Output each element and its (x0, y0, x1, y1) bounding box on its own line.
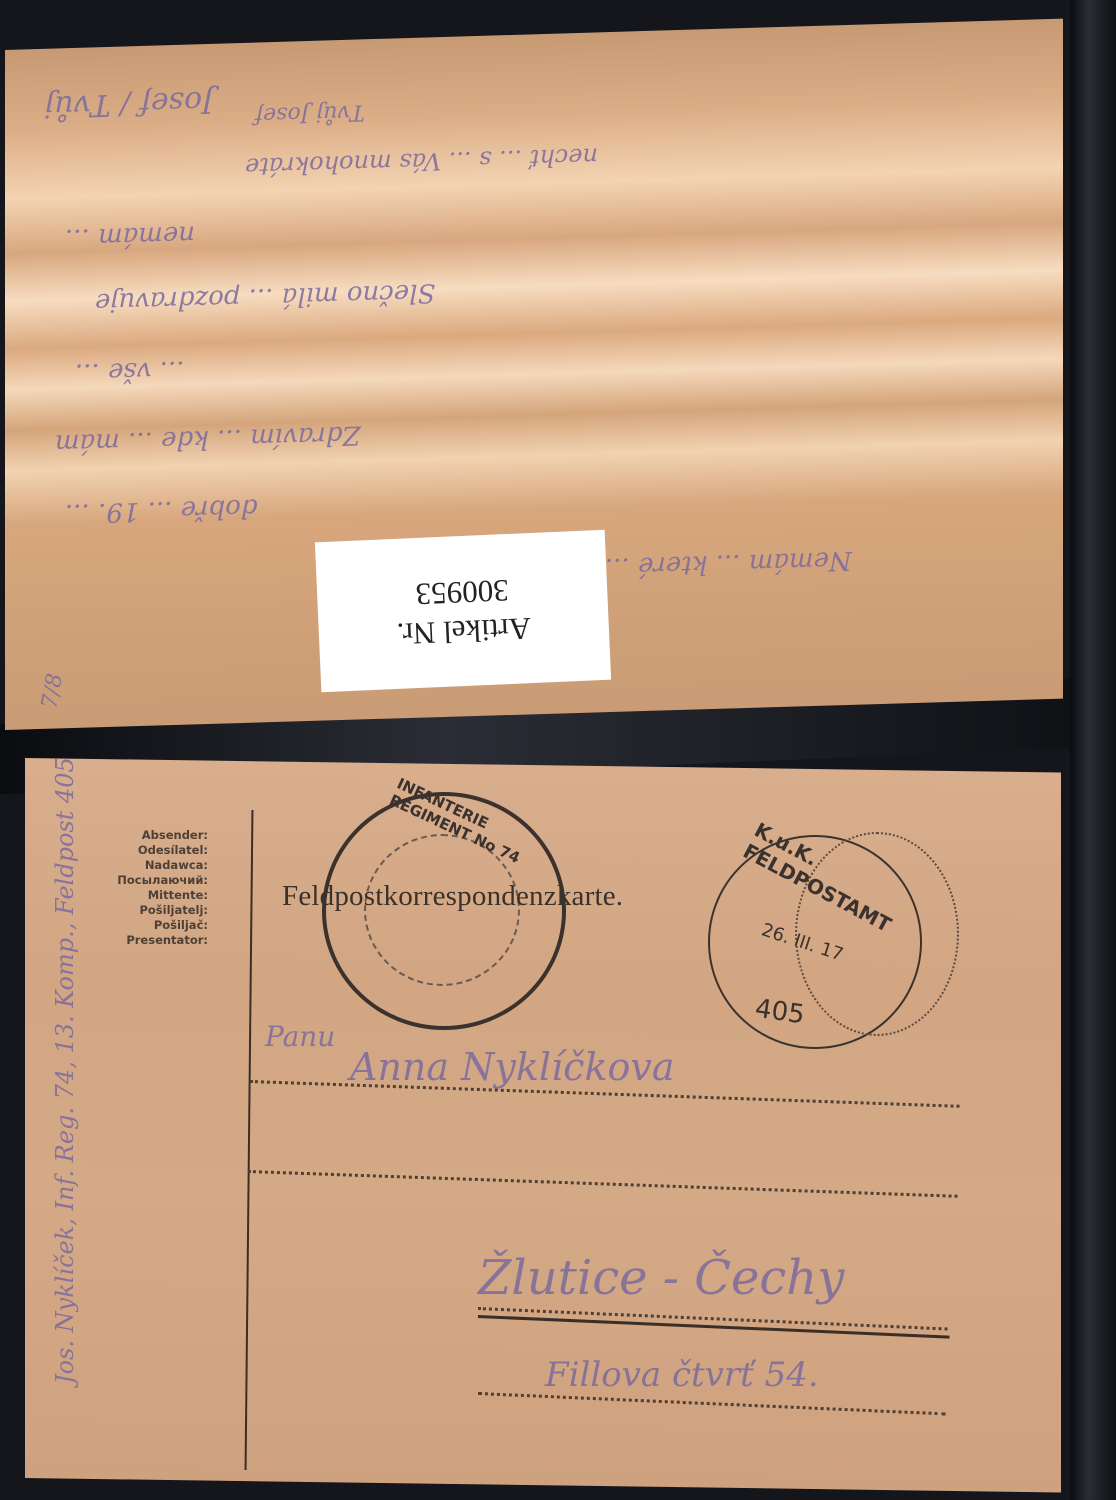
article-label-title: Artikel Nr. (396, 608, 532, 653)
sender-label: Odesílatel: (112, 843, 208, 858)
sender-labels: Absender: Odesílatel: Nadawca: Посылаючи… (112, 828, 208, 948)
handwritten-signature: Josef / Tvůj (45, 84, 214, 124)
address-salutation: Panu (265, 1020, 335, 1053)
handwritten-line: Tvůj Josef (255, 99, 365, 127)
corner-mark: 7/8 (37, 672, 68, 711)
sender-label: Presentator: (112, 933, 208, 948)
card-title: Feldpostkorrespondenzkarte. (282, 880, 623, 913)
handwritten-line: Slečno milá ... pozdravuje (95, 277, 435, 317)
sender-label: Nadawca: (112, 858, 208, 873)
handwritten-line: Nemám ... které ... (605, 545, 852, 582)
postmark: K.u.K. FELDPOSTAMT 26. III. 17 405 (708, 835, 922, 1049)
address-city: Žlutice - Čechy (478, 1250, 844, 1306)
sender-label: Pošiljatelj: (112, 903, 208, 918)
address-name: Anna Nyklíčkova (350, 1045, 674, 1089)
sender-label: Посылаючий: (112, 873, 208, 888)
handwritten-line: ... vše ... (75, 355, 185, 388)
sender-handwritten: Jos. Nyklíček, Inf. Reg. 74, 13. Komp., … (51, 824, 79, 1384)
sender-label: Pošiljač: (112, 918, 208, 933)
article-number: 300953 (415, 570, 510, 613)
sleeve-right-edge (1070, 0, 1116, 1500)
postmark-number: 405 (753, 994, 806, 1031)
sender-label: Absender: (112, 828, 208, 843)
sender-label: Mittente: (112, 888, 208, 903)
handwritten-line: nechť ... s ... Vás mnohokráte (245, 142, 598, 180)
article-number-label: Artikel Nr. 300953 (315, 530, 611, 693)
handwritten-line: nemám ... (65, 219, 195, 253)
address-street: Fillova čtvrť 54. (545, 1355, 819, 1395)
handwritten-line: Zdravím ... kde ... mám (55, 419, 361, 458)
handwritten-line: dobře ... 19. ... (65, 493, 258, 529)
